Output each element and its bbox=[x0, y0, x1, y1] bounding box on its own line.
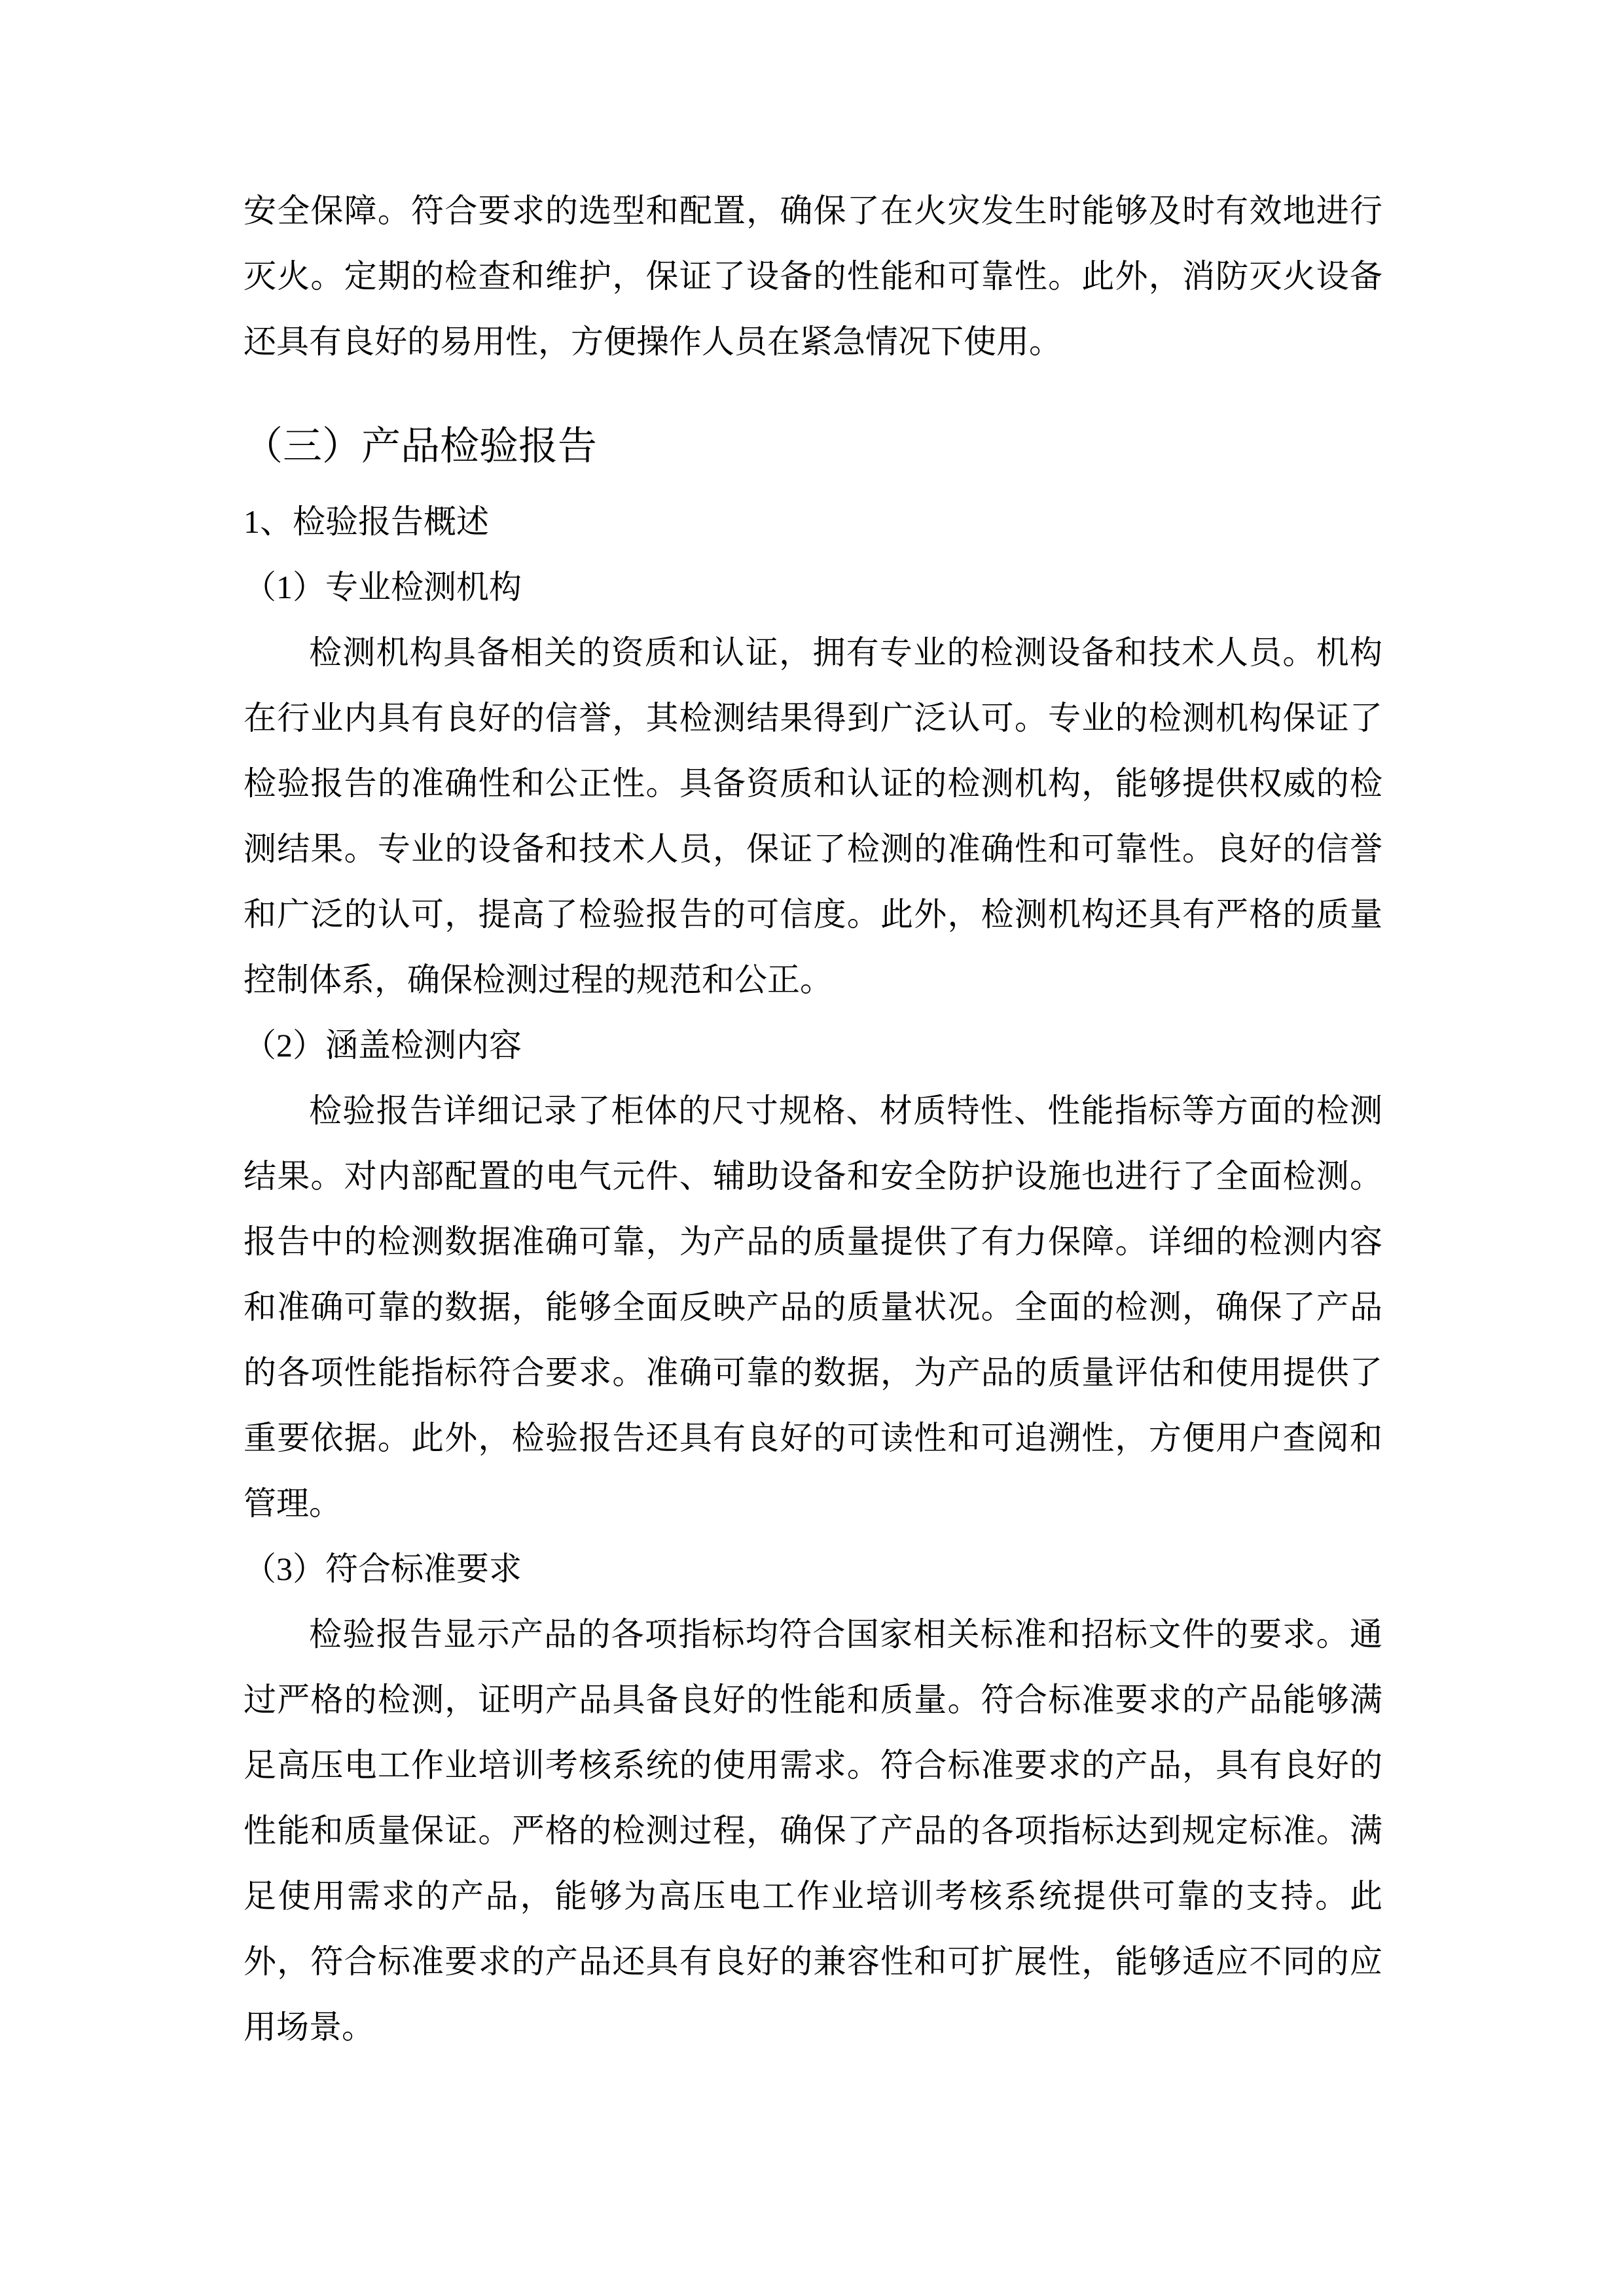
heading-report-overview: 1、检验报告概述 bbox=[244, 489, 1382, 554]
paragraph-fire-extinguishing-continuation: 安全保障。符合要求的选型和配置，确保了在火灾发生时能够及时有效地进行灭火。定期的… bbox=[244, 178, 1382, 374]
heading-standards-compliance: （3）符合标准要求 bbox=[244, 1536, 1382, 1602]
document-page: 安全保障。符合要求的选型和配置，确保了在火灾发生时能够及时有效地进行灭火。定期的… bbox=[0, 0, 1624, 2296]
paragraph-testing-coverage: 检验报告详细记录了柜体的尺寸规格、材质特性、性能指标等方面的检测结果。对内部配置… bbox=[244, 1078, 1382, 1536]
heading-section-product-inspection-report: （三）产品检验报告 bbox=[244, 410, 1382, 482]
document-content: 安全保障。符合要求的选型和配置，确保了在火灾发生时能够及时有效地进行灭火。定期的… bbox=[244, 0, 1382, 2060]
paragraph-standards-compliance: 检验报告显示产品的各项指标均符合国家相关标准和招标文件的要求。通过严格的检测，证… bbox=[244, 1602, 1382, 2060]
paragraph-professional-testing-agency: 检测机构具备相关的资质和认证，拥有专业的检测设备和技术人员。机构在行业内具有良好… bbox=[244, 620, 1382, 1013]
heading-professional-testing-agency: （1）专业检测机构 bbox=[244, 554, 1382, 620]
heading-testing-coverage: （2）涵盖检测内容 bbox=[244, 1013, 1382, 1078]
